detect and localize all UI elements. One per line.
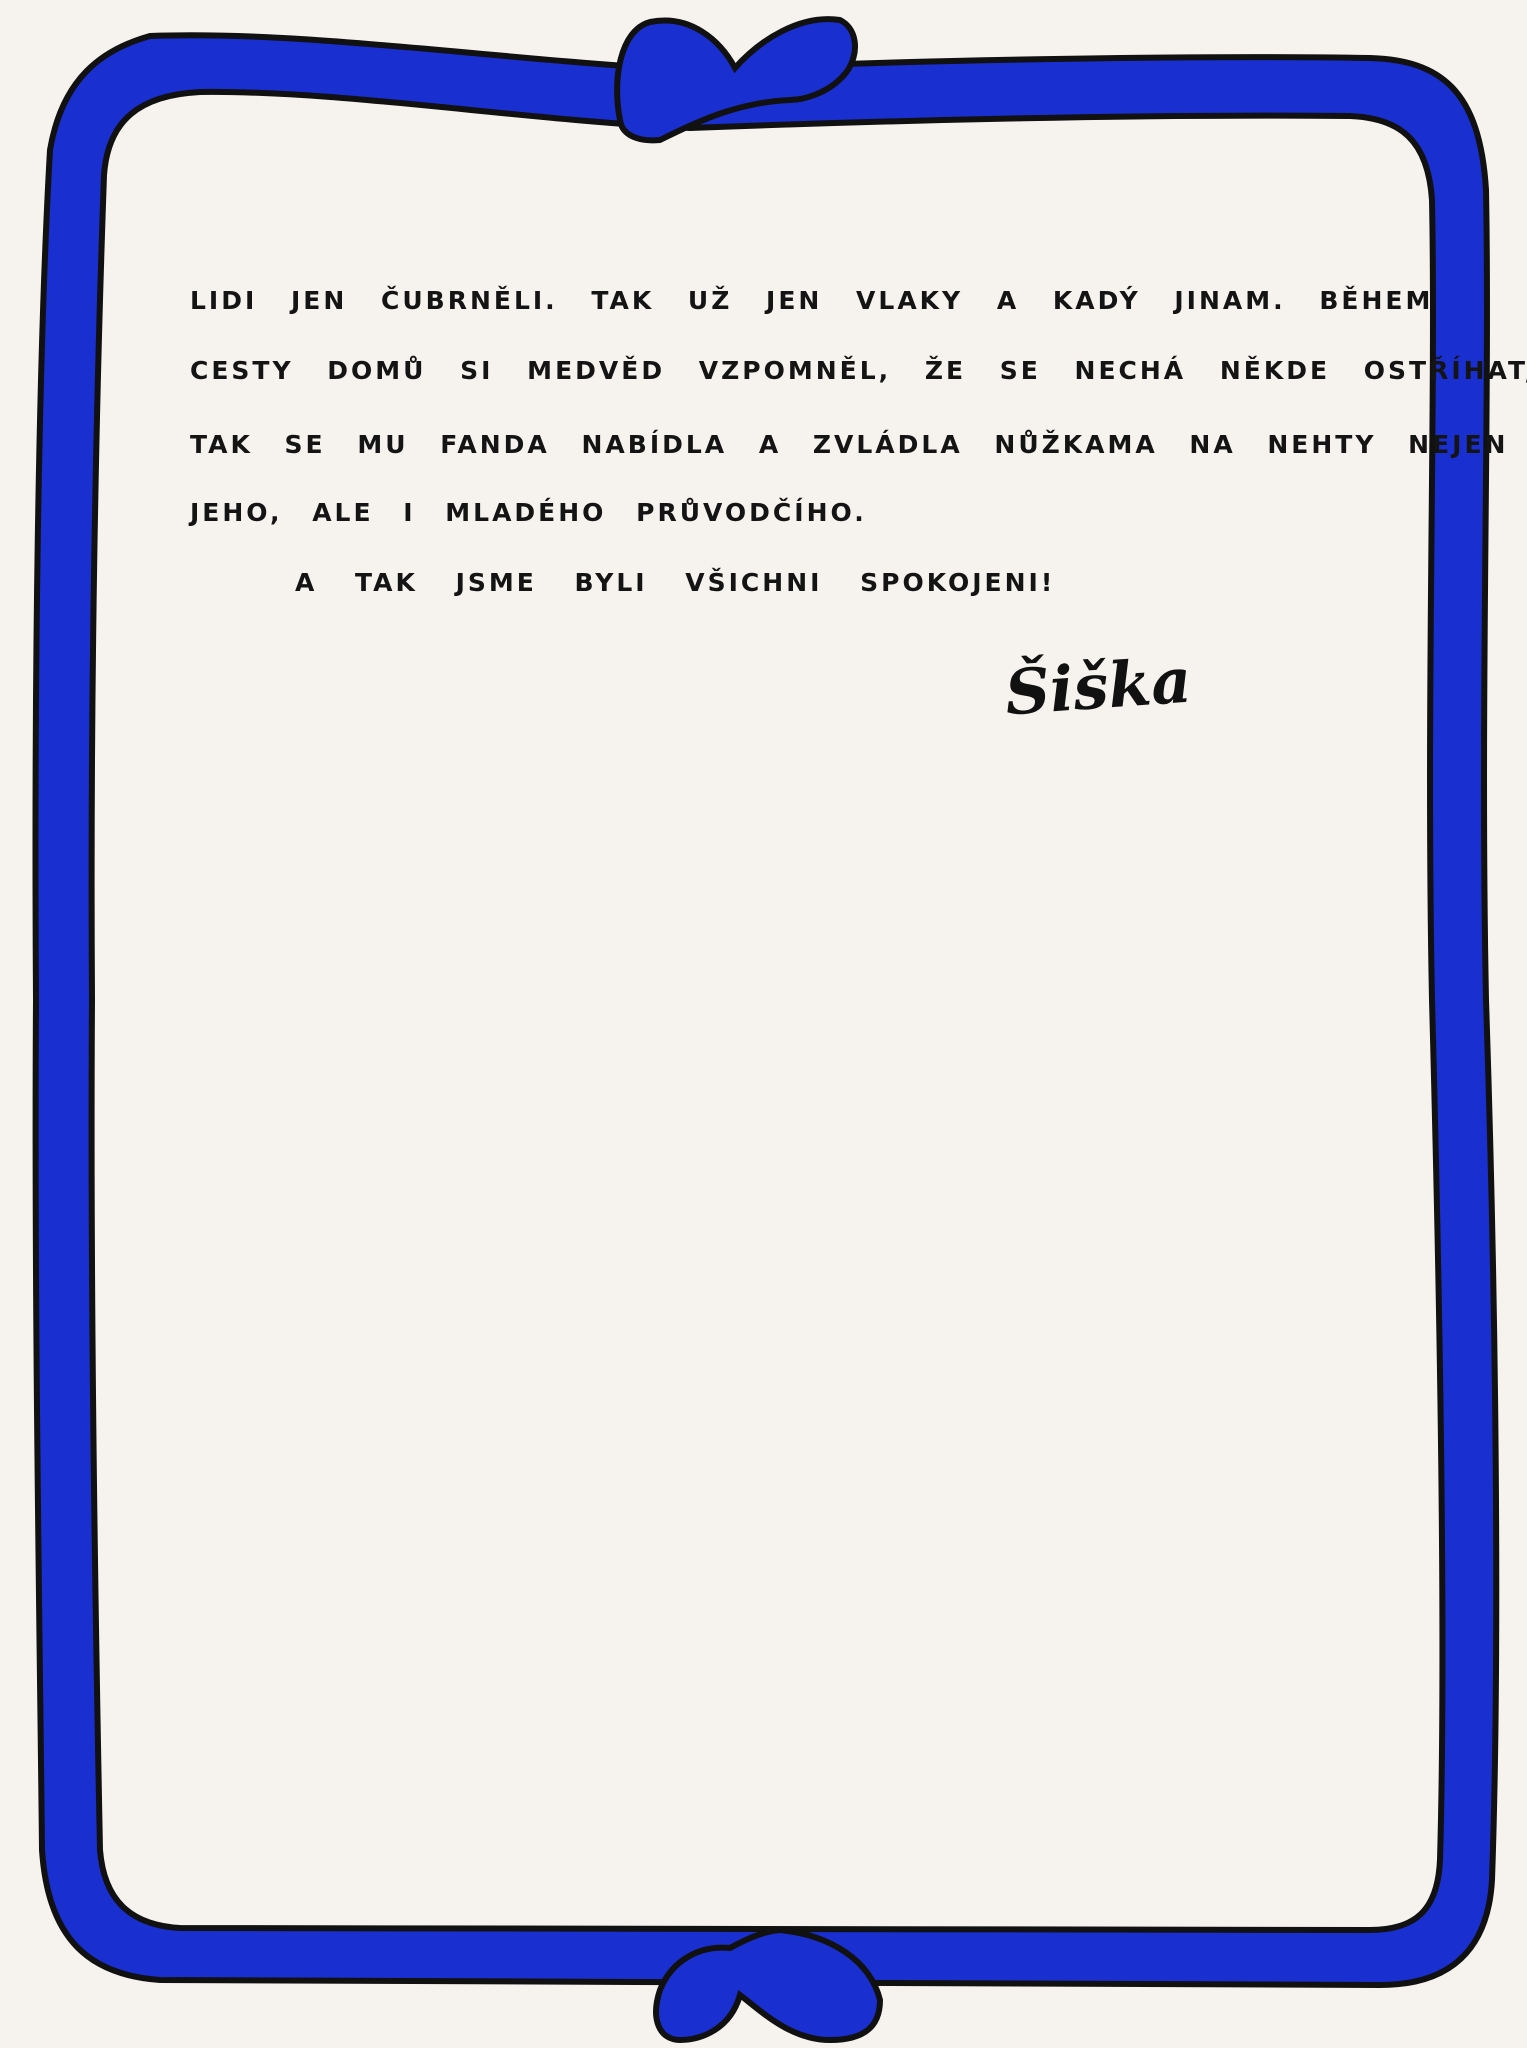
frame-band	[36, 35, 1497, 1985]
signature: Šiška	[1003, 644, 1194, 730]
letter-line: JEHO, ALE I MLADÉHO PRŮVODČÍHO.	[190, 498, 867, 527]
letter-line: CESTY DOMŮ SI MEDVĚD VZPOMNĚL, ŽE SE NEC…	[190, 356, 1527, 385]
letter-line: TAK SE MU FANDA NABÍDLA A ZVLÁDLA NŮŽKAM…	[190, 430, 1508, 459]
letter-line-closing: A TAK JSME BYLI VŠICHNI SPOKOJENI!	[295, 568, 1055, 597]
letter-line: LIDI JEN ČUBRNĚLI. TAK UŽ JEN VLAKY A KA…	[190, 286, 1433, 315]
